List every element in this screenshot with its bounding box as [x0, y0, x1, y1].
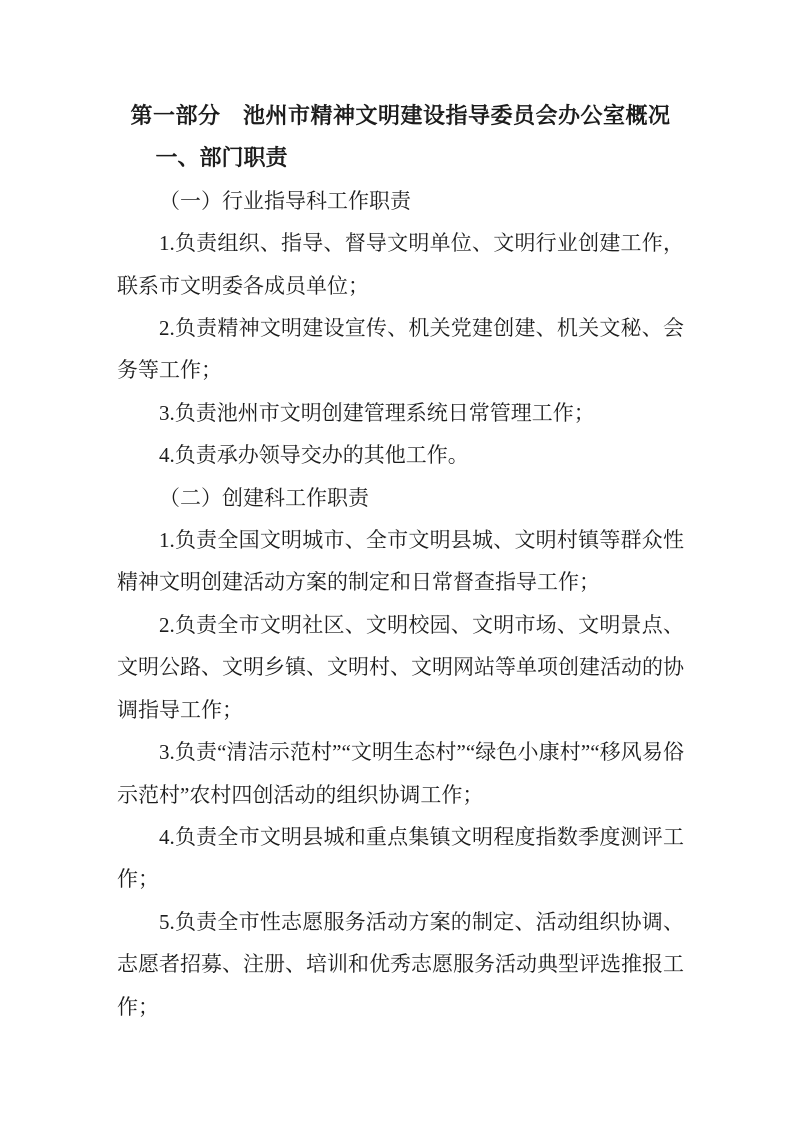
- subsection-1-paragraph-4: 4.负责承办领导交办的其他工作。: [117, 434, 684, 476]
- subsection-2-paragraph-2: 2.负责全市文明社区、文明校园、文明市场、文明景点、文明公路、文明乡镇、文明村、…: [117, 604, 684, 731]
- subsection-2-paragraph-5: 5.负责全市性志愿服务活动方案的制定、活动组织协调、志愿者招募、注册、培训和优秀…: [117, 901, 684, 1028]
- section-heading-department-duties: 一、部门职责: [117, 137, 684, 179]
- subsection-1-heading: （一）行业指导科工作职责: [117, 180, 684, 222]
- subsection-2-heading: （二）创建科工作职责: [117, 477, 684, 519]
- subsection-1-paragraph-3: 3.负责池州市文明创建管理系统日常管理工作；: [117, 392, 684, 434]
- subsection-2-paragraph-3: 3.负责“清洁示范村”“文明生态村”“绿色小康村”“移风易俗示范村”农村四创活动…: [117, 731, 684, 816]
- subsection-1-paragraph-1: 1.负责组织、指导、督导文明单位、文明行业创建工作，联系市文明委各成员单位；: [117, 222, 684, 307]
- subsection-2-paragraph-1: 1.负责全国文明城市、全市文明县城、文明村镇等群众性精神文明创建活动方案的制定和…: [117, 519, 684, 604]
- subsection-1-paragraph-2: 2.负责精神文明建设宣传、机关党建创建、机关文秘、会务等工作；: [117, 307, 684, 392]
- subsection-2-paragraph-4: 4.负责全市文明县城和重点集镇文明程度指数季度测评工作；: [117, 816, 684, 901]
- document-page: 第一部分 池州市精神文明建设指导委员会办公室概况 一、部门职责 （一）行业指导科…: [0, 0, 800, 1131]
- document-title: 第一部分 池州市精神文明建设指导委员会办公室概况: [117, 95, 684, 137]
